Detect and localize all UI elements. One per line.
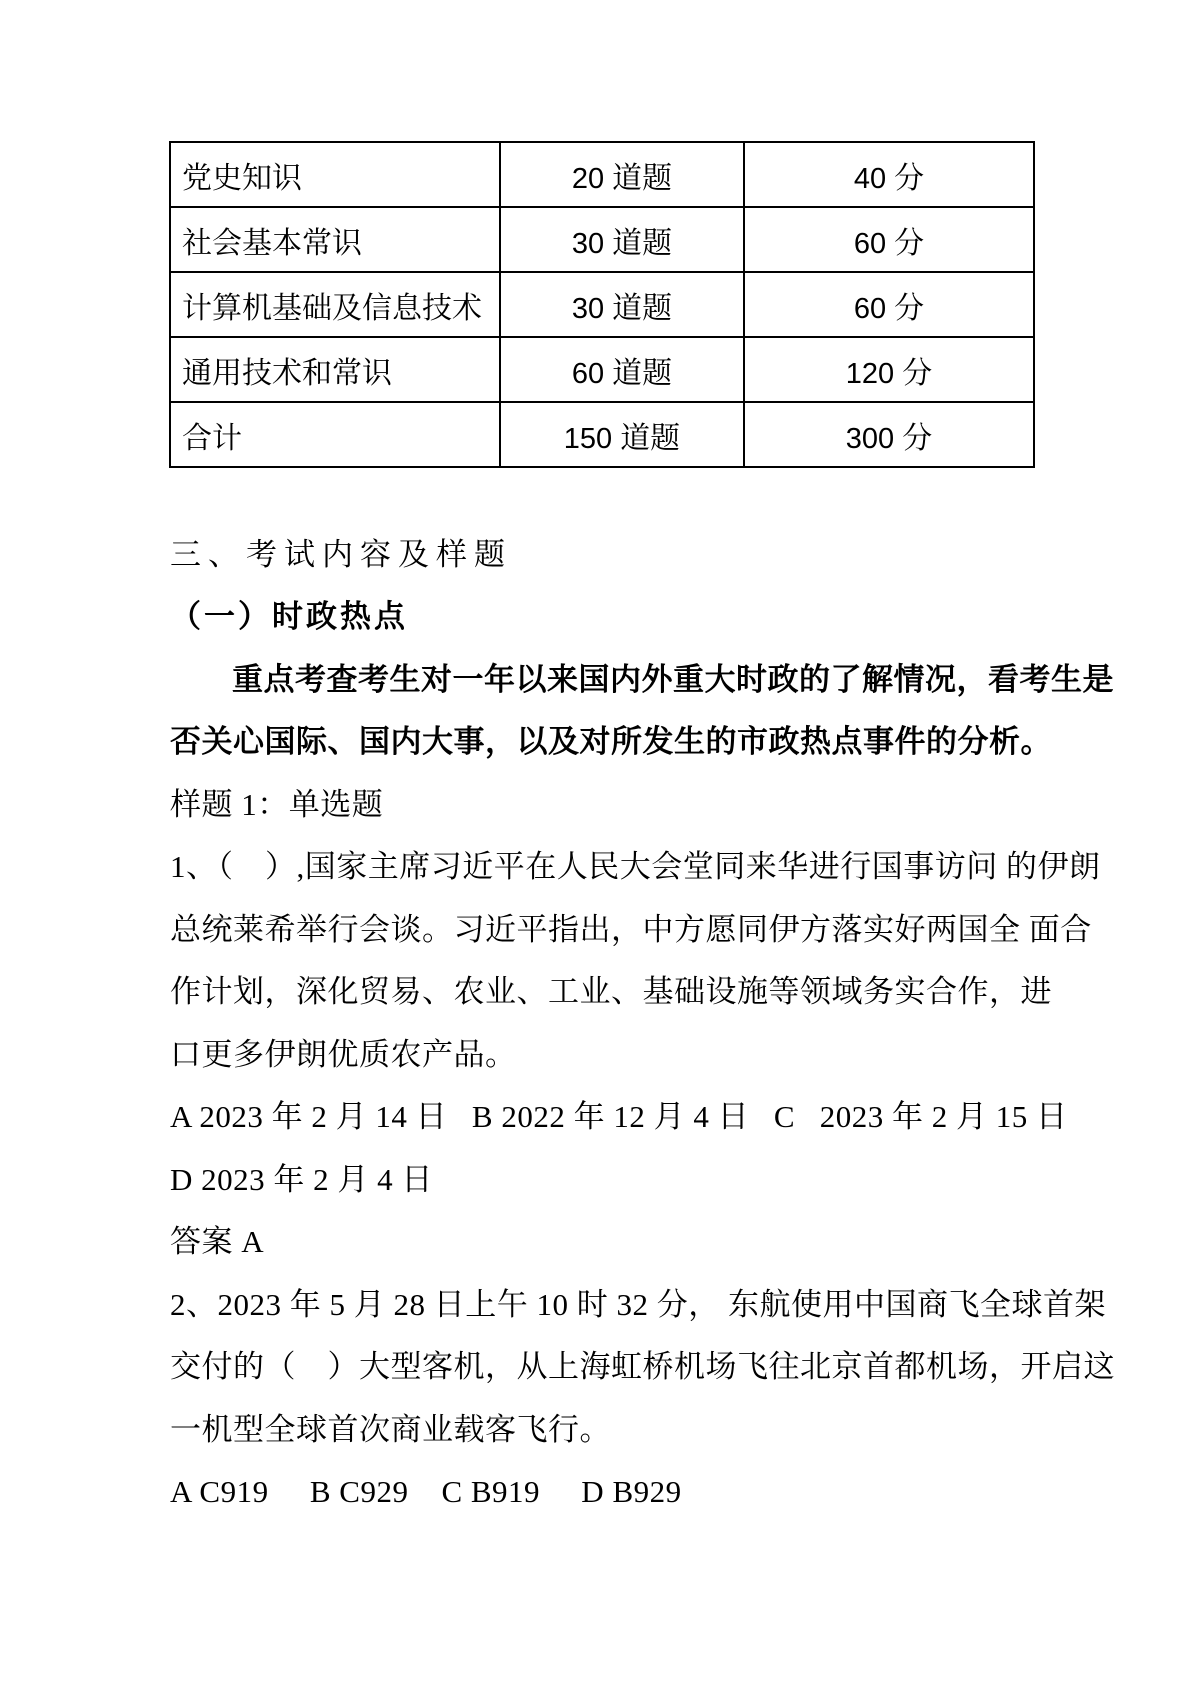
score-unit: 分 xyxy=(902,357,932,390)
table-row-party-history: 党史知识 20道题 40分 xyxy=(170,142,1034,207)
question-count-value: 30 xyxy=(572,228,604,260)
question-count-unit: 道题 xyxy=(612,292,672,325)
question1-line-3: 作计划，深化贸易、农业、工业、基础设施等领域务实合作，进 xyxy=(170,974,1052,1010)
intro-paragraph-line-2: 否关心国际、国内大事，以及对所发生的市政热点事件的分析。 xyxy=(170,724,1052,760)
table-row-computer-it: 计算机基础及信息技术 30道题 60分 xyxy=(170,272,1034,337)
question-count-unit: 道题 xyxy=(612,162,672,195)
sample-label: 样题 1：单选题 xyxy=(170,787,383,823)
score-unit: 分 xyxy=(894,162,924,195)
score-cell: 40分 xyxy=(744,142,1034,207)
score-unit: 分 xyxy=(894,292,924,325)
score-value: 120 xyxy=(846,358,894,390)
question1-answer: 答案 A xyxy=(170,1224,264,1260)
question2-options: A C919 B C929 C B919 D B929 xyxy=(170,1474,682,1510)
score-value: 40 xyxy=(854,163,886,195)
question-count-cell: 30道题 xyxy=(500,207,744,272)
table-row-general-tech: 通用技术和常识 60道题 120分 xyxy=(170,337,1034,402)
question1-line-1: 1、（ ）,国家主席习近平在人民大会堂同来华进行国事访问 的伊朗 xyxy=(170,849,1101,885)
question1-line-4: 口更多伊朗优质农产品。 xyxy=(170,1037,517,1073)
document-page: 党史知识 20道题 40分 社会基本常识 30道题 60分 计算机基础及信息技术… xyxy=(0,0,1191,1684)
topic-heading: （一）时政热点 xyxy=(170,599,408,635)
subject-cell: 合计 xyxy=(170,402,500,467)
question-count-cell: 20道题 xyxy=(500,142,744,207)
score-unit: 分 xyxy=(894,227,924,260)
question-count-value: 30 xyxy=(572,293,604,325)
question-count-value: 60 xyxy=(572,358,604,390)
question1-option-d: D 2023 年 2 月 4 日 xyxy=(170,1162,433,1198)
question1-line-2: 总统莱希举行会谈。习近平指出，中方愿同伊方落实好两国全 面合 xyxy=(170,912,1092,948)
subject-cell: 通用技术和常识 xyxy=(170,337,500,402)
question-count-cell: 30道题 xyxy=(500,272,744,337)
score-cell: 120分 xyxy=(744,337,1034,402)
score-unit: 分 xyxy=(902,422,932,455)
score-value: 300 xyxy=(846,423,894,455)
question-count-cell: 60道题 xyxy=(500,337,744,402)
score-value: 60 xyxy=(854,293,886,325)
question2-line-2: 交付的（ ）大型客机，从上海虹桥机场飞往北京首都机场，开启这 xyxy=(170,1349,1115,1385)
score-value: 60 xyxy=(854,228,886,260)
question-count-unit: 道题 xyxy=(612,227,672,260)
table-row-social-knowledge: 社会基本常识 30道题 60分 xyxy=(170,207,1034,272)
table-row-total: 合计 150道题 300分 xyxy=(170,402,1034,467)
question2-line-1: 2、2023 年 5 月 28 日上午 10 时 32 分， 东航使用中国商飞全… xyxy=(170,1287,1106,1323)
question-count-unit: 道题 xyxy=(620,422,680,455)
question2-line-3: 一机型全球首次商业载客飞行。 xyxy=(170,1412,611,1448)
question-count-cell: 150道题 xyxy=(500,402,744,467)
question1-options-abc: A 2023 年 2 月 14 日 B 2022 年 12 月 4 日 C 20… xyxy=(170,1099,1068,1135)
intro-paragraph-line-1: 重点考查考生对一年以来国内外重大时政的了解情况，看考生是 xyxy=(170,662,1114,698)
subject-cell: 计算机基础及信息技术 xyxy=(170,272,500,337)
subject-cell: 党史知识 xyxy=(170,142,500,207)
question-count-value: 150 xyxy=(564,423,612,455)
exam-score-table: 党史知识 20道题 40分 社会基本常识 30道题 60分 计算机基础及信息技术… xyxy=(169,141,1035,468)
subject-cell: 社会基本常识 xyxy=(170,207,500,272)
score-cell: 60分 xyxy=(744,272,1034,337)
question-count-value: 20 xyxy=(572,163,604,195)
score-cell: 300分 xyxy=(744,402,1034,467)
question-count-unit: 道题 xyxy=(612,357,672,390)
section-heading: 三、考试内容及样题 xyxy=(170,537,512,573)
score-cell: 60分 xyxy=(744,207,1034,272)
